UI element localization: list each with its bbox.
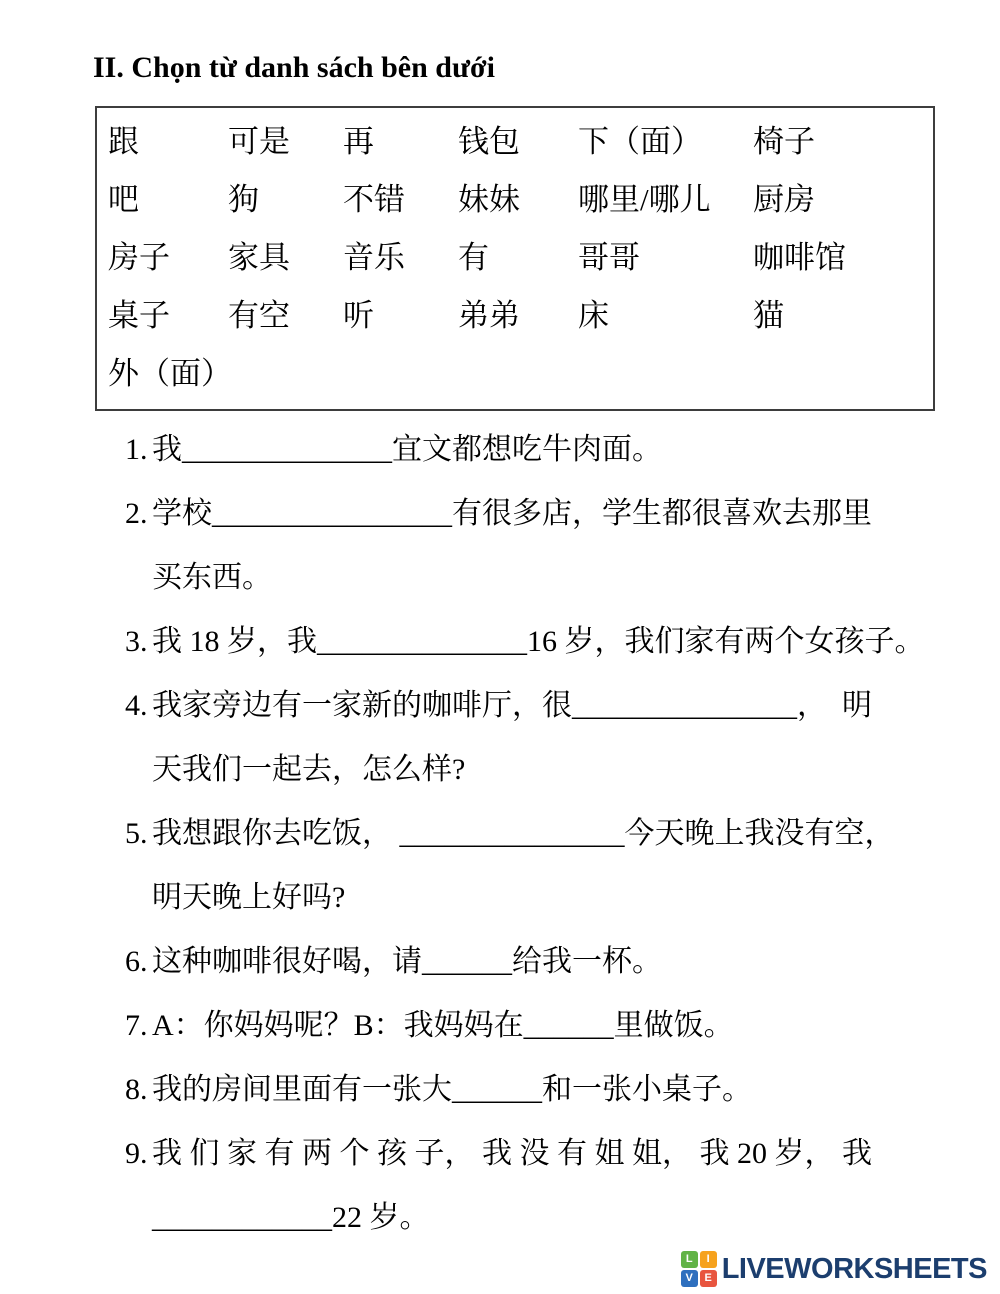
liveworksheets-logo[interactable]: L I V E LIVEWORKSHEETS bbox=[681, 1251, 987, 1287]
exercise-line: 明天晚上好吗? bbox=[152, 866, 975, 930]
exercise-line: 我______________宜文都想吃牛肉面。 bbox=[152, 418, 975, 482]
word-bank-item: 咖啡馆 bbox=[742, 229, 933, 287]
exercise-line: A：你妈妈呢？B：我妈妈在______里做饭。 bbox=[152, 994, 975, 1058]
exercise-line: 这种咖啡很好喝，请______给我一杯。 bbox=[152, 930, 975, 994]
exercise-item-4: 4. 我家旁边有一家新的咖啡厅，很_______________， 明 天我们一… bbox=[125, 674, 975, 802]
logo-tile-l: L bbox=[681, 1251, 698, 1268]
word-bank-item: 家具 bbox=[217, 229, 332, 287]
exercise-number: 1. bbox=[125, 418, 152, 482]
exercise-number: 4. bbox=[125, 674, 152, 738]
exercise-line: 我家旁边有一家新的咖啡厅，很_______________， 明 bbox=[152, 674, 975, 738]
exercise-number: 9. bbox=[125, 1122, 152, 1186]
word-bank-item: 桌子 bbox=[97, 287, 217, 345]
word-bank-item: 外（面） bbox=[97, 345, 217, 403]
exercise-list: 1. 我______________宜文都想吃牛肉面。 2. 学校_______… bbox=[125, 418, 975, 1250]
word-bank-item bbox=[217, 345, 332, 403]
word-bank-item: 有空 bbox=[217, 287, 332, 345]
word-bank-item: 狗 bbox=[217, 171, 332, 229]
word-bank-item: 哥哥 bbox=[567, 229, 742, 287]
exercise-item-9: 9. 我 们 家 有 两 个 孩 子， 我 没 有 姐 姐， 我 20 岁， 我… bbox=[125, 1122, 975, 1250]
word-bank-item: 哪里/哪儿 bbox=[567, 171, 742, 229]
word-bank-item: 不错 bbox=[332, 171, 447, 229]
exercise-item-5: 5. 我想跟你去吃饭， _______________今天晚上我没有空， 明天晚… bbox=[125, 802, 975, 930]
worksheet-page: II. Chọn từ danh sách bên dưới 跟 可是 再 钱包… bbox=[0, 0, 1000, 1294]
word-bank-item: 跟 bbox=[97, 113, 217, 171]
word-bank-item: 弟弟 bbox=[447, 287, 567, 345]
exercise-item-6: 6. 这种咖啡很好喝，请______给我一杯。 bbox=[125, 930, 975, 994]
exercise-line: 买东西。 bbox=[152, 546, 975, 610]
exercise-number: 5. bbox=[125, 802, 152, 866]
word-bank-item: 床 bbox=[567, 287, 742, 345]
word-bank-item: 猫 bbox=[742, 287, 933, 345]
exercise-item-1: 1. 我______________宜文都想吃牛肉面。 bbox=[125, 418, 975, 482]
word-bank-item: 音乐 bbox=[332, 229, 447, 287]
exercise-item-7: 7. A：你妈妈呢？B：我妈妈在______里做饭。 bbox=[125, 994, 975, 1058]
exercise-number: 2. bbox=[125, 482, 152, 546]
word-bank-item: 房子 bbox=[97, 229, 217, 287]
word-bank-item: 有 bbox=[447, 229, 567, 287]
exercise-line: 学校________________有很多店，学生都很喜欢去那里 bbox=[152, 482, 975, 546]
word-bank-item bbox=[332, 345, 447, 403]
word-bank-item: 妹妹 bbox=[447, 171, 567, 229]
word-bank-item: 听 bbox=[332, 287, 447, 345]
word-bank-item bbox=[567, 345, 742, 403]
exercise-item-8: 8. 我的房间里面有一张大______和一张小桌子。 bbox=[125, 1058, 975, 1122]
liveworksheets-icon: L I V E bbox=[681, 1251, 717, 1287]
word-bank-item: 再 bbox=[332, 113, 447, 171]
exercise-line: ____________22 岁。 bbox=[152, 1186, 975, 1250]
logo-tile-e: E bbox=[700, 1270, 717, 1287]
word-bank-item bbox=[742, 345, 933, 403]
exercise-line: 天我们一起去，怎么样? bbox=[152, 738, 975, 802]
word-bank-item: 吧 bbox=[97, 171, 217, 229]
exercise-line: 我 们 家 有 两 个 孩 子， 我 没 有 姐 姐， 我 20 岁， 我 bbox=[152, 1122, 975, 1186]
word-bank-item: 椅子 bbox=[742, 113, 933, 171]
word-bank-item: 可是 bbox=[217, 113, 332, 171]
exercise-number: 6. bbox=[125, 930, 152, 994]
word-bank-box: 跟 可是 再 钱包 下（面） 椅子 吧 狗 不错 妹妹 哪里/哪儿 厨房 房子 … bbox=[95, 106, 935, 411]
exercise-number: 8. bbox=[125, 1058, 152, 1122]
exercise-number: 3. bbox=[125, 610, 152, 674]
logo-tile-v: V bbox=[681, 1270, 698, 1287]
exercise-number: 7. bbox=[125, 994, 152, 1058]
word-bank-item bbox=[447, 345, 567, 403]
exercise-line: 我 18 岁，我______________16 岁，我们家有两个女孩子。 bbox=[152, 610, 975, 674]
word-bank-item: 下（面） bbox=[567, 113, 742, 171]
section-title: II. Chọn từ danh sách bên dưới bbox=[93, 50, 495, 86]
word-bank-item: 厨房 bbox=[742, 171, 933, 229]
logo-tile-i: I bbox=[700, 1251, 717, 1268]
exercise-item-3: 3. 我 18 岁，我______________16 岁，我们家有两个女孩子。 bbox=[125, 610, 975, 674]
exercise-line: 我的房间里面有一张大______和一张小桌子。 bbox=[152, 1058, 975, 1122]
word-bank-item: 钱包 bbox=[447, 113, 567, 171]
exercise-line: 我想跟你去吃饭， _______________今天晚上我没有空， bbox=[152, 802, 975, 866]
exercise-item-2: 2. 学校________________有很多店，学生都很喜欢去那里 买东西。 bbox=[125, 482, 975, 610]
liveworksheets-wordmark: LIVEWORKSHEETS bbox=[722, 1253, 987, 1286]
